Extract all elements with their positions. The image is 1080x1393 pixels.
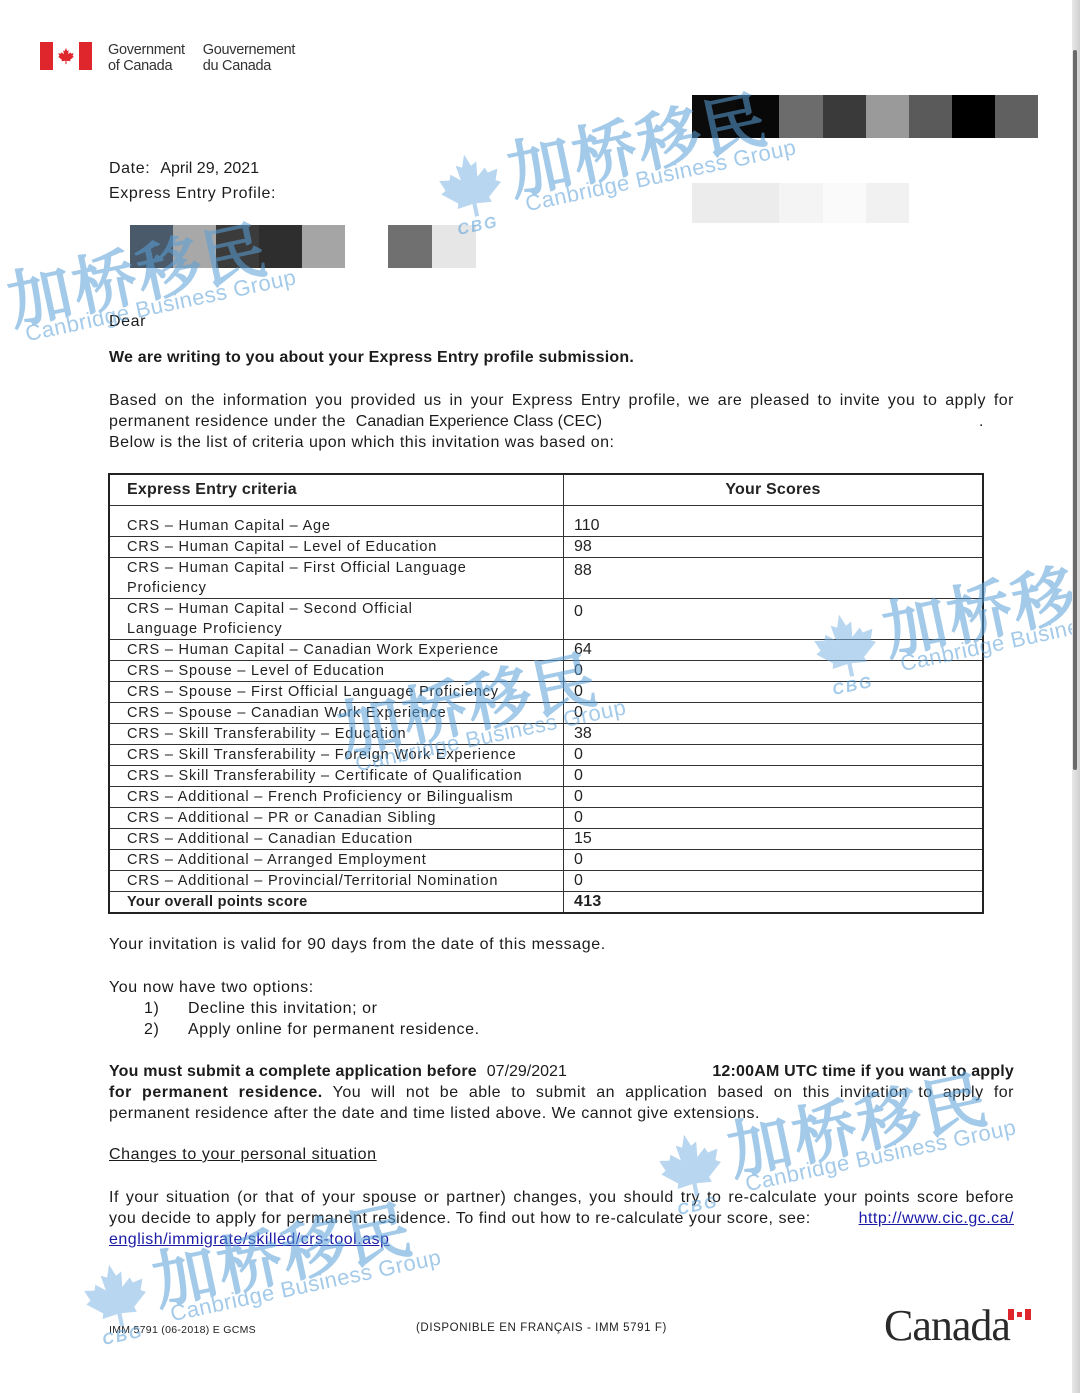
criterion-cell: CRS – Additional – Arranged Employment [109, 850, 564, 871]
table-row: CRS – Human Capital – Level of Education… [109, 537, 983, 558]
criterion-cell: CRS – Skill Transferability – Foreign Wo… [109, 745, 564, 766]
score-cell: 0 [564, 599, 984, 640]
table-row: CRS – Additional – French Proficiency or… [109, 787, 983, 808]
total-score: 413 [564, 892, 984, 914]
score-cell: 0 [564, 787, 984, 808]
redacted-block-top-right [692, 95, 1038, 138]
criterion-cell: CRS – Additional – French Proficiency or… [109, 787, 564, 808]
date-line: Date: April 29, 2021 [109, 160, 259, 178]
gov-name-french: Gouvernement du Canada [203, 42, 295, 74]
table-row: CRS – Spouse – First Official Language P… [109, 682, 983, 703]
criterion-cell: CRS – Spouse – First Official Language P… [109, 682, 564, 703]
table-row: CRS – Spouse – Level of Education0 [109, 661, 983, 682]
table-row: CRS – Additional – Canadian Education15 [109, 829, 983, 850]
score-cell: 15 [564, 829, 984, 850]
score-cell: 0 [564, 766, 984, 787]
redacted-profile-number [692, 183, 909, 223]
score-cell: 98 [564, 537, 984, 558]
options-list: You now have two options: 1)Decline this… [109, 977, 480, 1040]
total-label: Your overall points score [109, 892, 564, 914]
wordmark-flag-icon [1008, 1309, 1031, 1320]
intro-paragraph: Based on the information you provided us… [109, 390, 1014, 453]
score-cell: 0 [564, 682, 984, 703]
scores-header: Your Scores [564, 474, 984, 506]
crs-tool-link-part2[interactable]: english/immigrate/skilled/crs-tool.asp [109, 1231, 389, 1248]
form-code: IMM 5791 (06-2018) E GCMS [109, 1324, 256, 1336]
government-of-canada-signature: Government of Canada Gouvernement du Can… [40, 42, 295, 74]
table-row: CRS – Human Capital – First Official Lan… [109, 558, 983, 599]
total-row: Your overall points score413 [109, 892, 983, 914]
letter-page: Government of Canada Gouvernement du Can… [0, 0, 1072, 1393]
criterion-cell: CRS – Human Capital – Level of Education [109, 537, 564, 558]
criterion-cell: CRS – Spouse – Level of Education [109, 661, 564, 682]
criterion-cell: CRS – Additional – Canadian Education [109, 829, 564, 850]
criterion-cell: CRS – Human Capital – Second Official La… [109, 599, 564, 640]
table-row: CRS – Additional – Provincial/Territoria… [109, 871, 983, 892]
score-cell: 64 [564, 640, 984, 661]
scrollbar[interactable] [1073, 50, 1077, 770]
date-label: Date: [109, 160, 150, 177]
table-row: CRS – Human Capital – Second Official La… [109, 599, 983, 640]
validity-notice: Your invitation is valid for 90 days fro… [109, 936, 606, 954]
score-cell: 0 [564, 745, 984, 766]
deadline-time: 12:00AM UTC time if you want to apply [712, 1061, 1014, 1082]
maple-leaf-icon [424, 143, 517, 228]
profile-label: Express Entry Profile: [109, 185, 276, 203]
changes-paragraph: If your situation (or that of your spous… [109, 1187, 1014, 1250]
criterion-cell: CRS – Additional – Provincial/Territoria… [109, 871, 564, 892]
score-cell: 0 [564, 808, 984, 829]
program-name: Canadian Experience Class (CEC) [356, 413, 602, 430]
salutation: Dear [109, 313, 146, 331]
canada-flag-icon [40, 42, 92, 70]
option-item: 1)Decline this invitation; or [144, 998, 480, 1019]
crs-tool-link-part1[interactable]: http://www.cic.gc.ca/ [859, 1208, 1014, 1229]
criterion-cell: CRS – Additional – PR or Canadian Siblin… [109, 808, 564, 829]
table-row: CRS – Skill Transferability – Education3… [109, 724, 983, 745]
redacted-recipient-name [130, 225, 476, 268]
criterion-cell: CRS – Skill Transferability – Certificat… [109, 766, 564, 787]
criterion-cell: CRS – Spouse – Canadian Work Experience [109, 703, 564, 724]
table-row: CRS – Human Capital – Canadian Work Expe… [109, 640, 983, 661]
criteria-header: Express Entry criteria [109, 474, 564, 506]
date-value: April 29, 2021 [160, 160, 259, 177]
canada-wordmark: Canada [884, 1300, 1010, 1351]
score-cell: 38 [564, 724, 984, 745]
table-row: CRS – Additional – Arranged Employment0 [109, 850, 983, 871]
score-cell: 88 [564, 558, 984, 599]
score-cell: 0 [564, 850, 984, 871]
score-cell: 0 [564, 661, 984, 682]
criterion-cell: CRS – Skill Transferability – Education [109, 724, 564, 745]
score-cell: 0 [564, 703, 984, 724]
french-availability-note: (DISPONIBLE EN FRANÇAIS - IMM 5791 F) [416, 1322, 667, 1334]
criterion-cell: CRS – Human Capital – First Official Lan… [109, 558, 564, 599]
score-cell: 0 [564, 871, 984, 892]
table-row: CRS – Skill Transferability – Foreign Wo… [109, 745, 983, 766]
letter-heading: We are writing to you about your Express… [109, 349, 634, 367]
option-item: 2)Apply online for permanent residence. [144, 1019, 480, 1040]
deadline-paragraph: You must submit a complete application b… [109, 1061, 1014, 1124]
changes-heading: Changes to your personal situation [109, 1146, 377, 1164]
deadline-date: 07/29/2021 [487, 1063, 567, 1080]
criterion-cell: CRS – Human Capital – Canadian Work Expe… [109, 640, 564, 661]
gov-name-english: Government of Canada [108, 42, 185, 74]
table-row: CRS – Additional – PR or Canadian Siblin… [109, 808, 983, 829]
score-cell: 110 [564, 506, 984, 537]
criterion-cell: CRS – Human Capital – Age [109, 506, 564, 537]
table-row: CRS – Skill Transferability – Certificat… [109, 766, 983, 787]
table-row: CRS – Human Capital – Age110 [109, 506, 983, 537]
table-row: CRS – Spouse – Canadian Work Experience0 [109, 703, 983, 724]
criteria-score-table: Express Entry criteria Your Scores CRS –… [108, 473, 984, 914]
